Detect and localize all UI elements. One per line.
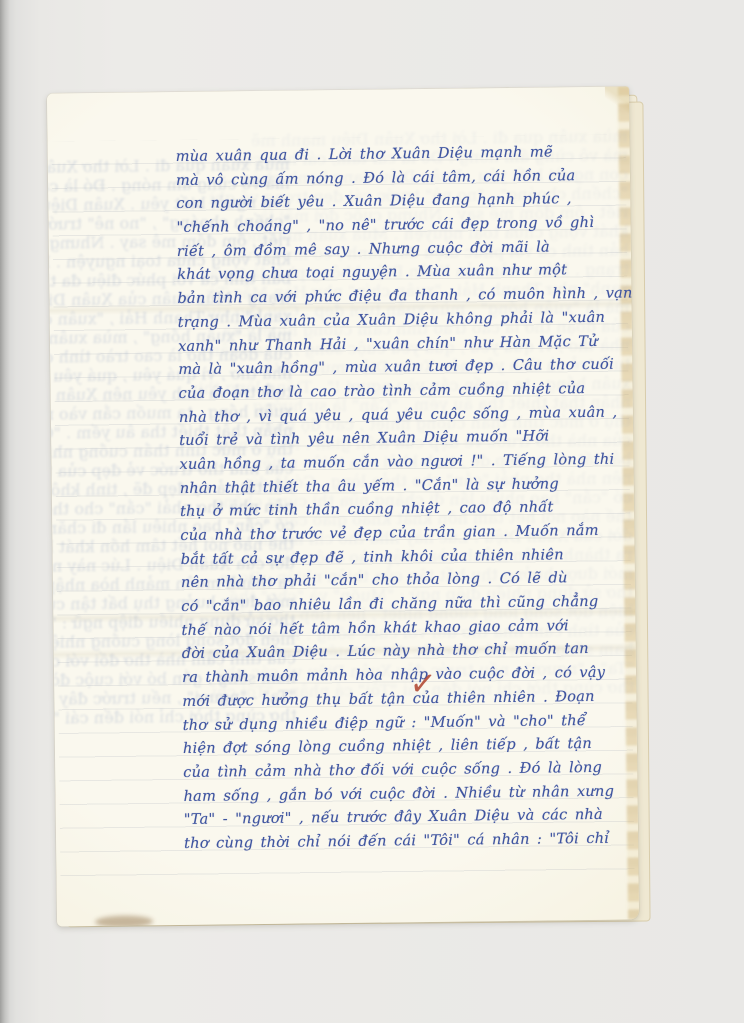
handwritten-text-block: mùa xuân qua đi . Lời thơ Xuân Diệu mạnh… (176, 139, 637, 855)
scanner-background: mùa xuân qua đi . Lời thơ Xuân Diệu mạnh… (0, 0, 744, 1023)
scan-edge-shadow (0, 0, 16, 1023)
paper-smudge (95, 915, 153, 926)
checkmark-icon: ✓ (408, 663, 438, 706)
scanned-page: mùa xuân qua đi . Lời thơ Xuân Diệu mạnh… (47, 86, 639, 926)
handwritten-line: thơ cùng thời chỉ nói đến cái "Tôi" cá n… (184, 826, 636, 855)
page-corner-fold (605, 86, 631, 118)
